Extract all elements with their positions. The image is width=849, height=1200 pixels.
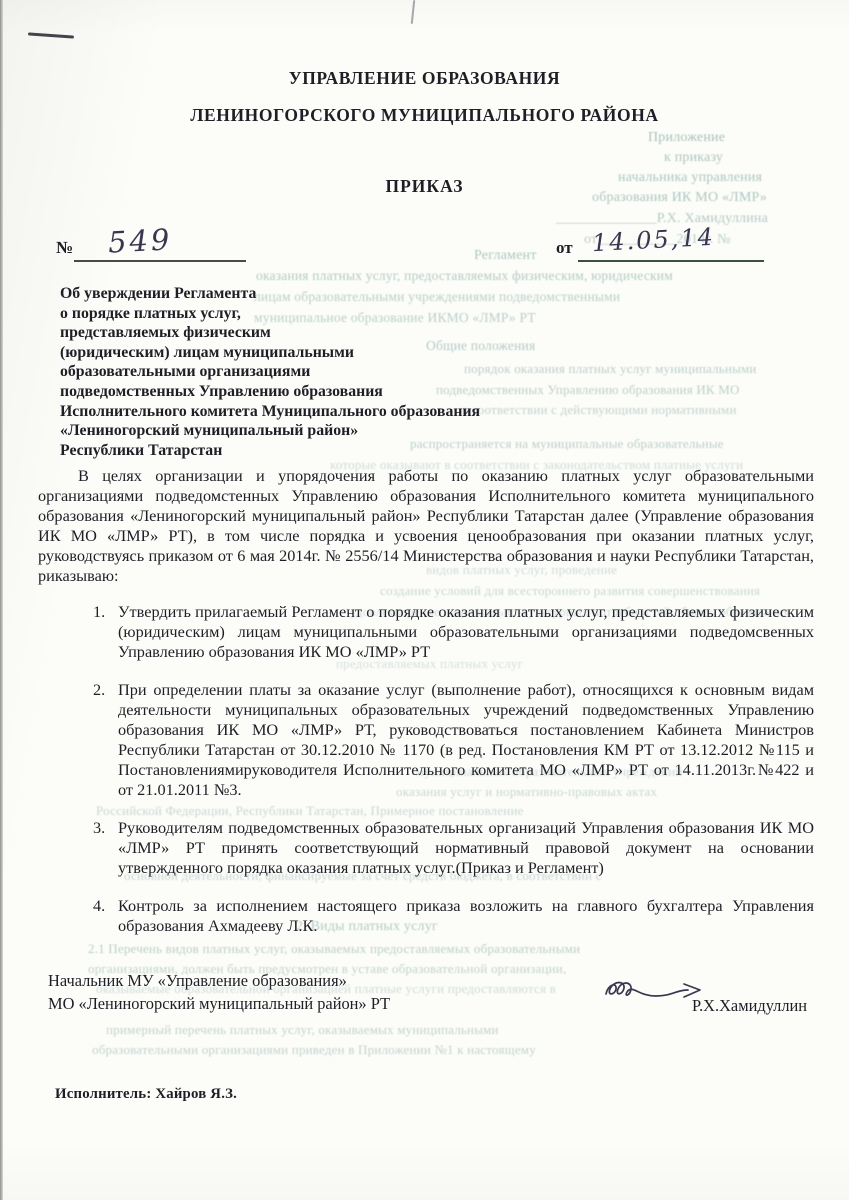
bleed-through-text: образовательными организациями приведен …: [92, 1042, 536, 1058]
bleed-through-text: оказания платных услуг, предоставляемых …: [256, 268, 673, 284]
bleed-through-text: к приказу: [664, 150, 723, 166]
preamble-paragraph: В целях организации и упорядочения работ…: [38, 466, 814, 586]
handwritten-order-number: 549: [107, 222, 173, 259]
order-items-list: Утвердить прилагаемый Регламент о порядк…: [38, 602, 814, 936]
date-underline: [578, 260, 764, 262]
executor-line: Исполнитель: Хайров Я.З.: [55, 1086, 237, 1103]
number-label: №: [56, 238, 73, 258]
number-underline: [74, 260, 246, 262]
signatory-name: Р.Х.Хамидуллин: [692, 996, 807, 1016]
signatory-title-line1: Начальник МУ «Управление образования»: [48, 971, 347, 991]
date-label: от: [556, 238, 573, 258]
signatory-title-line2: МО «Лениногорский муниципальный район» Р…: [48, 994, 390, 1014]
document-type-title: ПРИКАЗ: [0, 176, 849, 197]
order-item-4: Контроль за исполнением настоящего прика…: [118, 896, 814, 936]
pen-stroke-mark: [28, 32, 74, 38]
scanned-document-page: Приложениек приказуначальника управления…: [0, 0, 849, 1200]
bleed-through-text: примерный перечень платных услуг, оказыв…: [106, 1022, 499, 1038]
order-subject-block: Об уверждении Регламента о порядке платн…: [60, 284, 620, 460]
bleed-through-text: Приложение: [648, 130, 725, 146]
handwritten-signature-icon: [600, 972, 706, 1008]
order-item-1: Утвердить прилагаемый Регламент о порядк…: [118, 602, 814, 662]
handwritten-date: 14.05,14: [591, 223, 715, 257]
order-item-2: При определении платы за оказание услуг …: [118, 680, 814, 800]
bleed-through-text: 2.1 Перечень видов платных услуг, оказыв…: [88, 941, 580, 957]
org-name-line2: ЛЕНИНОГОРСКОГО МУНИЦИПАЛЬНОГО РАЙОНА: [0, 105, 849, 126]
org-name-line1: УПРАВЛЕНИЕ ОБРАЗОВАНИЯ: [0, 68, 849, 89]
order-item-3: Руководителям подведомственных образоват…: [118, 818, 814, 878]
bleed-through-text: Регламент: [474, 248, 537, 264]
scan-artifact-mark: [411, 0, 415, 24]
